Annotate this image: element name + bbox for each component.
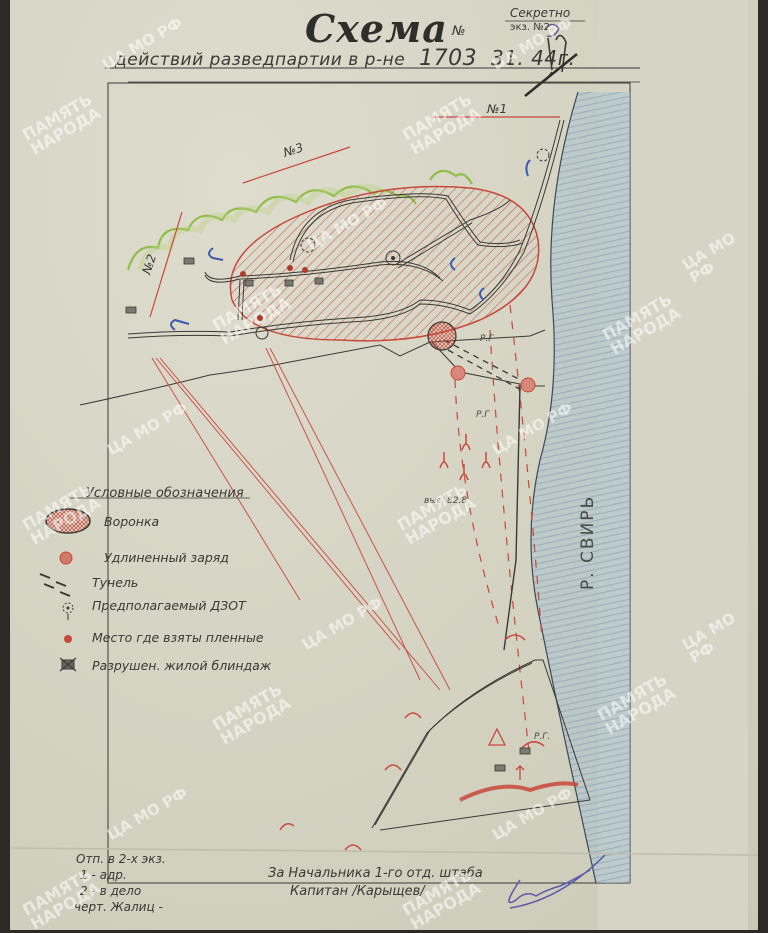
legend-charge-symbol xyxy=(60,552,72,564)
point-label-rg-2: Р.Г xyxy=(476,410,489,420)
legend-title: Условные обозначения xyxy=(86,486,244,501)
wire-obstacle-line xyxy=(80,330,545,405)
legend-item-dugout: Разрушен. жилой блиндаж xyxy=(92,658,271,673)
legend-item-crater: Воронка xyxy=(104,514,159,529)
title-number-mark: № xyxy=(452,24,466,39)
extended-charge-mark xyxy=(451,366,465,380)
subtitle-area: 1703 xyxy=(419,46,477,71)
legend-item-charge: Удлиненный заряд xyxy=(104,550,229,565)
legend-item-bunker: Предполагаемый ДЗОТ xyxy=(92,598,246,613)
route-label-2: №2 xyxy=(139,252,159,276)
legend-item-tunnel: Тунель xyxy=(92,575,138,590)
observation-post xyxy=(489,729,505,745)
legend-captured-symbol xyxy=(64,635,72,643)
distribution-line-1: Отп. в 2-х экз. xyxy=(76,852,166,866)
subtitle-prefix: действий разведпартии в р-не xyxy=(115,50,405,70)
point-label-rg-3: Р.Г. xyxy=(534,732,550,742)
extended-charge-mark xyxy=(521,378,535,392)
legend-dugout-symbol xyxy=(60,658,76,671)
legend-bunker-symbol xyxy=(63,603,73,620)
river-label: Р. СВИРЬ xyxy=(578,495,598,590)
crater xyxy=(428,322,456,350)
route-label-1: №1 xyxy=(486,102,507,116)
signature-line-2: Капитан /Карыщев/ xyxy=(290,884,425,899)
route-label-3: №3 xyxy=(281,140,305,160)
legend-item-captured: Место где взяты пленные xyxy=(92,630,264,645)
map-drawing: №3 №2 №1 xyxy=(0,0,768,933)
point-label-rg-1: Р.Г xyxy=(480,334,493,344)
document-title: Схема xyxy=(305,6,448,51)
legend-tunnel-symbol xyxy=(40,574,70,596)
signature-ink xyxy=(509,855,605,908)
